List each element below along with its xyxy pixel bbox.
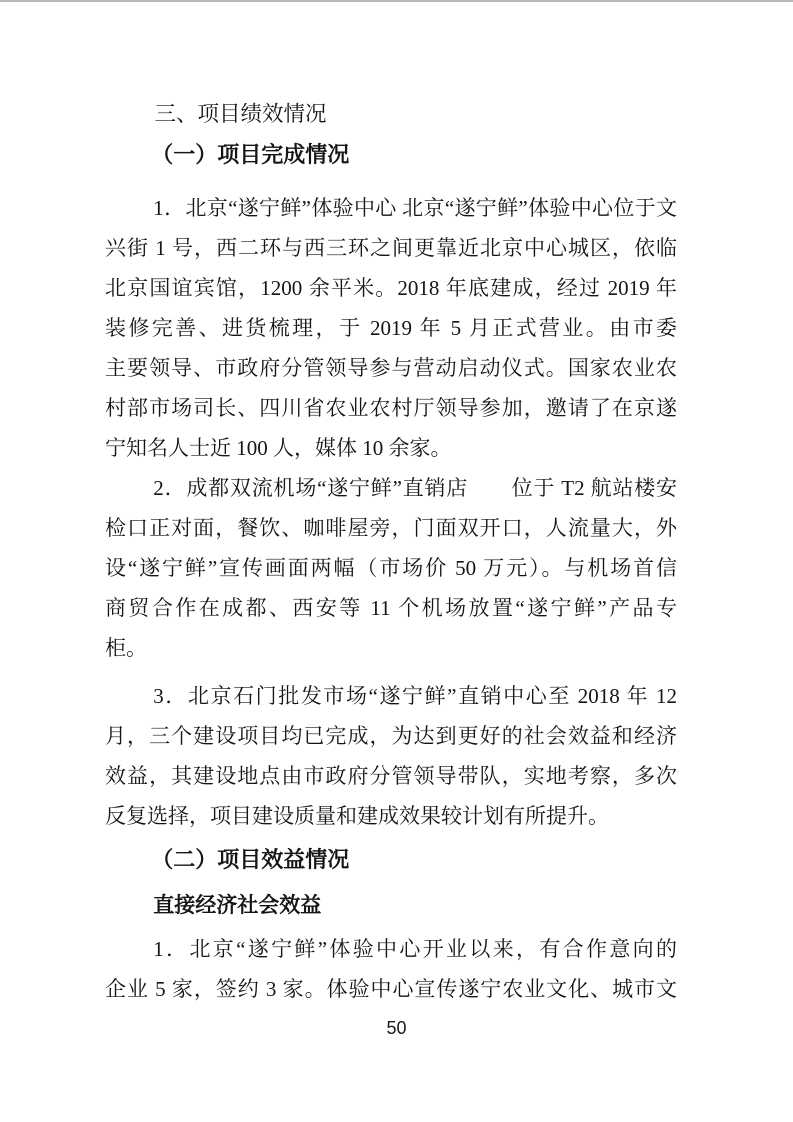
paragraph-line: 企业 5 家，签约 3 家。体验中心宣传遂宁农业文化、城市文: [105, 969, 677, 1009]
paragraph-line: 北京国谊宾馆，1200 余平米。2018 年底建成，经过 2019 年: [105, 268, 677, 308]
page-content: 三、项目绩效情况 （一）项目完成情况 1．北京“遂宁鲜”体验中心 北京“遂宁鲜”…: [105, 0, 677, 1009]
paragraph-line: 1．北京“遂宁鲜”体验中心 北京“遂宁鲜”体验中心位于文: [105, 188, 677, 228]
paragraph-beijing-experience-center: 1．北京“遂宁鲜”体验中心 北京“遂宁鲜”体验中心位于文 兴街 1 号，西二环与…: [105, 188, 677, 468]
paragraph-line: 3．北京石门批发市场“遂宁鲜”直销中心至 2018 年 12: [105, 676, 677, 716]
paragraph-line: 兴街 1 号，西二环与西三环之间更靠近北京中心城区，依临: [105, 228, 677, 268]
subsection-heading-completion: （一）项目完成情况: [105, 139, 677, 171]
paragraph-line: 反复选择，项目建设质量和建成效果较计划有所提升。: [105, 796, 677, 836]
paragraph-line: 宁知名人士近 100 人，媒体 10 余家。: [105, 428, 677, 468]
paragraph-line: 2．成都双流机场“遂宁鲜”直销店 位于 T2 航站楼安: [105, 468, 677, 508]
paragraph-line: 主要领导、市政府分管领导参与营动启动仪式。国家农业农: [105, 348, 677, 388]
paragraph-line: 柜。: [105, 628, 677, 668]
paragraph-line: 商贸合作在成都、西安等 11 个机场放置“遂宁鲜”产品专: [105, 588, 677, 628]
subheading-direct-economic-social-benefit: 直接经济社会效益: [105, 891, 677, 921]
paragraph-line: 检口正对面，餐饮、咖啡屋旁，门面双开口，人流量大，外: [105, 508, 677, 548]
section-heading: 三、项目绩效情况: [105, 99, 677, 129]
paragraph-line: 村部市场司长、四川省农业农村厅领导参加，邀请了在京遂: [105, 388, 677, 428]
paragraph-line: 月，三个建设项目均已完成，为达到更好的社会效益和经济: [105, 716, 677, 756]
paragraph-experience-center-benefit: 1．北京“遂宁鲜”体验中心开业以来，有合作意向的 企业 5 家，签约 3 家。体…: [105, 929, 677, 1009]
paragraph-chengdu-airport-store: 2．成都双流机场“遂宁鲜”直销店 位于 T2 航站楼安 检口正对面，餐饮、咖啡屋…: [105, 468, 677, 668]
page-number: 50: [0, 1018, 793, 1039]
paragraph-line: 装修完善、进货梳理，于 2019 年 5 月正式营业。由市委: [105, 308, 677, 348]
paragraph-shimen-wholesale-center: 3．北京石门批发市场“遂宁鲜”直销中心至 2018 年 12 月，三个建设项目均…: [105, 676, 677, 836]
paragraph-line: 效益，其建设地点由市政府分管领导带队，实地考察，多次: [105, 756, 677, 796]
document-page: 三、项目绩效情况 （一）项目完成情况 1．北京“遂宁鲜”体验中心 北京“遂宁鲜”…: [0, 0, 793, 1122]
paragraph-line: 设“遂宁鲜”宣传画面两幅（市场价 50 万元）。与机场首信: [105, 548, 677, 588]
paragraph-line: 1．北京“遂宁鲜”体验中心开业以来，有合作意向的: [105, 929, 677, 969]
subsection-heading-benefit: （二）项目效益情况: [105, 844, 677, 876]
